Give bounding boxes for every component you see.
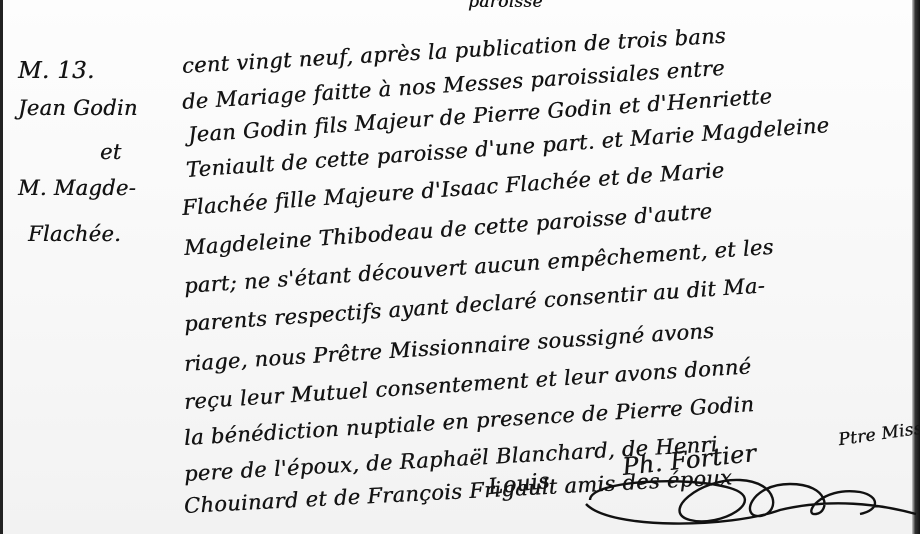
margin-groom-name: Jean Godin (18, 96, 168, 120)
signature-paraph-flourish (580, 470, 920, 534)
top-line-fragment: paroisse (468, 0, 543, 12)
margin-bride-name-line2: Flachée. (28, 222, 178, 246)
page-binding-edge (912, 0, 920, 534)
signature-title: Ptre Miss. (837, 418, 920, 450)
register-page: paroisse M. 13. Jean Godin et M. Magde- … (0, 0, 920, 534)
page-left-edge (0, 0, 3, 534)
margin-bride-name-line1: M. Magde- (18, 176, 168, 200)
entry-number: M. 13. (18, 58, 168, 84)
